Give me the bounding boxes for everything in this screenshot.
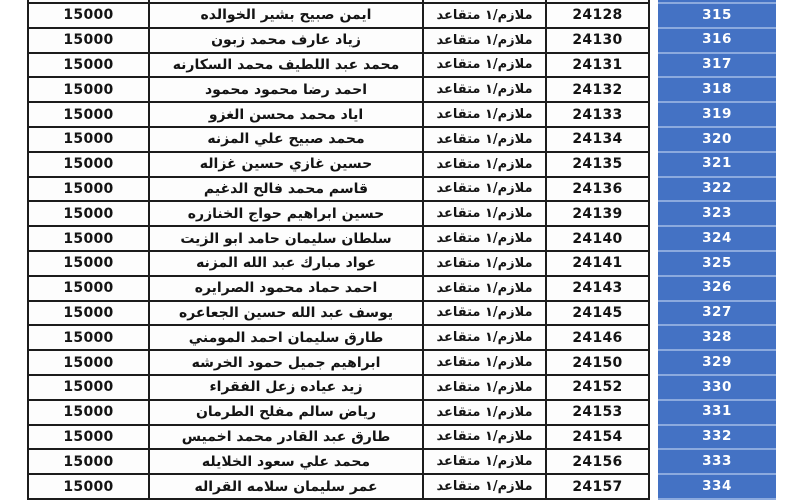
id-cell: 24133 [545, 103, 650, 126]
name-cell: محمد صبيح علي المزنه [148, 128, 422, 151]
table-row: 15000 يوسف عبد الله حسين الجعاعره ملازم/… [27, 302, 650, 327]
rank-cell: ملازم/١ متقاعد [422, 29, 545, 52]
table-row: 15000 احمد رضا محمود محمود ملازم/١ متقاع… [27, 78, 650, 103]
serial-cell: 325 [658, 252, 776, 277]
table-row: 15000 محمد عبد اللطيف محمد السكارنه ملاز… [27, 54, 650, 79]
serial-cell: 324 [658, 227, 776, 252]
amount-cell: 15000 [27, 54, 148, 77]
serial-cell: 333 [658, 450, 776, 475]
name-cell: محمد عبد اللطيف محمد السكارنه [148, 54, 422, 77]
rank-cell: ملازم/١ متقاعد [422, 351, 545, 374]
rank-cell: ملازم/١ متقاعد [422, 450, 545, 473]
amount-cell: 15000 [27, 426, 148, 449]
serial-cell: 320 [658, 128, 776, 153]
name-cell: حسين ابراهيم حواج الخنازره [148, 202, 422, 225]
serial-cell: 318 [658, 78, 776, 103]
id-cell: 24131 [545, 54, 650, 77]
id-cell: 24136 [545, 178, 650, 201]
table-row: 15000 ابراهيم جميل حمود الخرشه ملازم/١ م… [27, 351, 650, 376]
table-row: 15000 طارق عبد القادر محمد اخميس ملازم/١… [27, 426, 650, 451]
serial-cell: 327 [658, 302, 776, 327]
amount-cell: 15000 [27, 302, 148, 325]
amount-cell: 15000 [27, 401, 148, 424]
serial-cell: 329 [658, 351, 776, 376]
rank-cell: ملازم/١ متقاعد [422, 78, 545, 101]
table-row: 15000 طارق سليمان احمد المومني ملازم/١ م… [27, 326, 650, 351]
id-cell: 24150 [545, 351, 650, 374]
table-row: 15000 احمد حماد محمود الصرايره ملازم/١ م… [27, 277, 650, 302]
amount-cell: 15000 [27, 29, 148, 52]
id-cell [545, 0, 650, 2]
id-cell: 24152 [545, 376, 650, 399]
amount-cell: 15000 [27, 103, 148, 126]
name-cell: طارق سليمان احمد المومني [148, 326, 422, 349]
amount-cell: 15000 [27, 4, 148, 27]
rank-cell: ملازم/١ متقاعد [422, 475, 545, 498]
amount-cell: 15000 [27, 450, 148, 473]
id-cell: 24128 [545, 4, 650, 27]
rank-cell: ملازم/١ متقاعد [422, 103, 545, 126]
table-row: 15000 ايمن صبيح بشير الخوالده ملازم/١ مت… [27, 4, 650, 29]
table-row: 15000 حسين غازي حسين غزاله ملازم/١ متقاع… [27, 153, 650, 178]
serial-cell: 317 [658, 54, 776, 79]
amount-cell: 15000 [27, 351, 148, 374]
rank-cell: ملازم/١ متقاعد [422, 326, 545, 349]
rank-cell: ملازم/١ متقاعد [422, 128, 545, 151]
rank-cell [422, 0, 545, 2]
serial-number-column: 315 316 317 318 319 320 321 322 323 324 … [658, 0, 776, 500]
table-row: 15000 حسين ابراهيم حواج الخنازره ملازم/١… [27, 202, 650, 227]
rank-cell: ملازم/١ متقاعد [422, 376, 545, 399]
table-row: 15000 محمد علي سعود الخلايله ملازم/١ متق… [27, 450, 650, 475]
name-cell: ابراهيم جميل حمود الخرشه [148, 351, 422, 374]
serial-cell: 328 [658, 326, 776, 351]
id-cell: 24141 [545, 252, 650, 275]
serial-cell: 322 [658, 178, 776, 203]
serial-cell: 330 [658, 376, 776, 401]
name-cell: زياد عارف محمد زبون [148, 29, 422, 52]
table-row: 15000 زياد عارف محمد زبون ملازم/١ متقاعد… [27, 29, 650, 54]
name-cell: احمد رضا محمود محمود [148, 78, 422, 101]
rank-cell: ملازم/١ متقاعد [422, 401, 545, 424]
name-cell: عواد مبارك عبد الله المزنه [148, 252, 422, 275]
id-cell: 24143 [545, 277, 650, 300]
rank-cell: ملازم/١ متقاعد [422, 178, 545, 201]
name-cell: عمر سليمان سلامه القراله [148, 475, 422, 498]
serial-cell: 331 [658, 401, 776, 426]
name-cell: زيد عياده زعل الفقراء [148, 376, 422, 399]
id-cell: 24140 [545, 227, 650, 250]
serial-cell: 334 [658, 475, 776, 500]
id-cell: 24153 [545, 401, 650, 424]
amount-cell: 15000 [27, 277, 148, 300]
rank-cell: ملازم/١ متقاعد [422, 202, 545, 225]
rank-cell: ملازم/١ متقاعد [422, 277, 545, 300]
id-cell: 24156 [545, 450, 650, 473]
serial-column-body: 315 316 317 318 319 320 321 322 323 324 … [658, 4, 776, 500]
rank-cell: ملازم/١ متقاعد [422, 426, 545, 449]
name-cell: يوسف عبد الله حسين الجعاعره [148, 302, 422, 325]
id-cell: 24130 [545, 29, 650, 52]
table-row: 15000 قاسم محمد فالح الدغيم ملازم/١ متقا… [27, 178, 650, 203]
amount-cell: 15000 [27, 475, 148, 498]
amount-cell: 15000 [27, 153, 148, 176]
table-body: 15000 ايمن صبيح بشير الخوالده ملازم/١ مت… [27, 4, 650, 500]
rank-cell: ملازم/١ متقاعد [422, 227, 545, 250]
id-cell: 24145 [545, 302, 650, 325]
id-cell: 24134 [545, 128, 650, 151]
serial-cell: 323 [658, 202, 776, 227]
amount-cell: 15000 [27, 178, 148, 201]
serial-cell: 315 [658, 4, 776, 29]
rank-cell: ملازم/١ متقاعد [422, 4, 545, 27]
amount-cell: 15000 [27, 376, 148, 399]
amount-cell: 15000 [27, 128, 148, 151]
amount-cell: 15000 [27, 227, 148, 250]
rank-cell: ملازم/١ متقاعد [422, 302, 545, 325]
rank-cell: ملازم/١ متقاعد [422, 54, 545, 77]
serial-cell: 332 [658, 426, 776, 451]
name-cell: قاسم محمد فالح الدغيم [148, 178, 422, 201]
serial-cell: 316 [658, 29, 776, 54]
name-cell: سلطان سليمان حامد ابو الزيت [148, 227, 422, 250]
id-cell: 24154 [545, 426, 650, 449]
name-cell [148, 0, 422, 2]
name-cell: رياض سالم مفلح الطرمان [148, 401, 422, 424]
id-cell: 24139 [545, 202, 650, 225]
table-row: 15000 عواد مبارك عبد الله المزنه ملازم/١… [27, 252, 650, 277]
serial-cell: 321 [658, 153, 776, 178]
table-row: 15000 زيد عياده زعل الفقراء ملازم/١ متقا… [27, 376, 650, 401]
table-row: 15000 سلطان سليمان حامد ابو الزيت ملازم/… [27, 227, 650, 252]
amount-cell: 15000 [27, 202, 148, 225]
name-cell: حسين غازي حسين غزاله [148, 153, 422, 176]
serial-cell: 319 [658, 103, 776, 128]
table-row: 15000 عمر سليمان سلامه القراله ملازم/١ م… [27, 475, 650, 500]
id-cell: 24146 [545, 326, 650, 349]
name-cell: محمد علي سعود الخلايله [148, 450, 422, 473]
name-cell: احمد حماد محمود الصرايره [148, 277, 422, 300]
table-row: 15000 اياد محمد محسن الغزو ملازم/١ متقاع… [27, 103, 650, 128]
amount-cell: 15000 [27, 78, 148, 101]
id-cell: 24157 [545, 475, 650, 498]
amount-cell [27, 0, 148, 2]
id-cell: 24135 [545, 153, 650, 176]
table-row: 15000 محمد صبيح علي المزنه ملازم/١ متقاع… [27, 128, 650, 153]
retirees-table: 15000 ايمن صبيح بشير الخوالده ملازم/١ مت… [27, 0, 650, 500]
rank-cell: ملازم/١ متقاعد [422, 153, 545, 176]
serial-cell: 326 [658, 277, 776, 302]
id-cell: 24132 [545, 78, 650, 101]
name-cell: ايمن صبيح بشير الخوالده [148, 4, 422, 27]
amount-cell: 15000 [27, 252, 148, 275]
amount-cell: 15000 [27, 326, 148, 349]
name-cell: طارق عبد القادر محمد اخميس [148, 426, 422, 449]
table-row: 15000 رياض سالم مفلح الطرمان ملازم/١ متق… [27, 401, 650, 426]
name-cell: اياد محمد محسن الغزو [148, 103, 422, 126]
rank-cell: ملازم/١ متقاعد [422, 252, 545, 275]
